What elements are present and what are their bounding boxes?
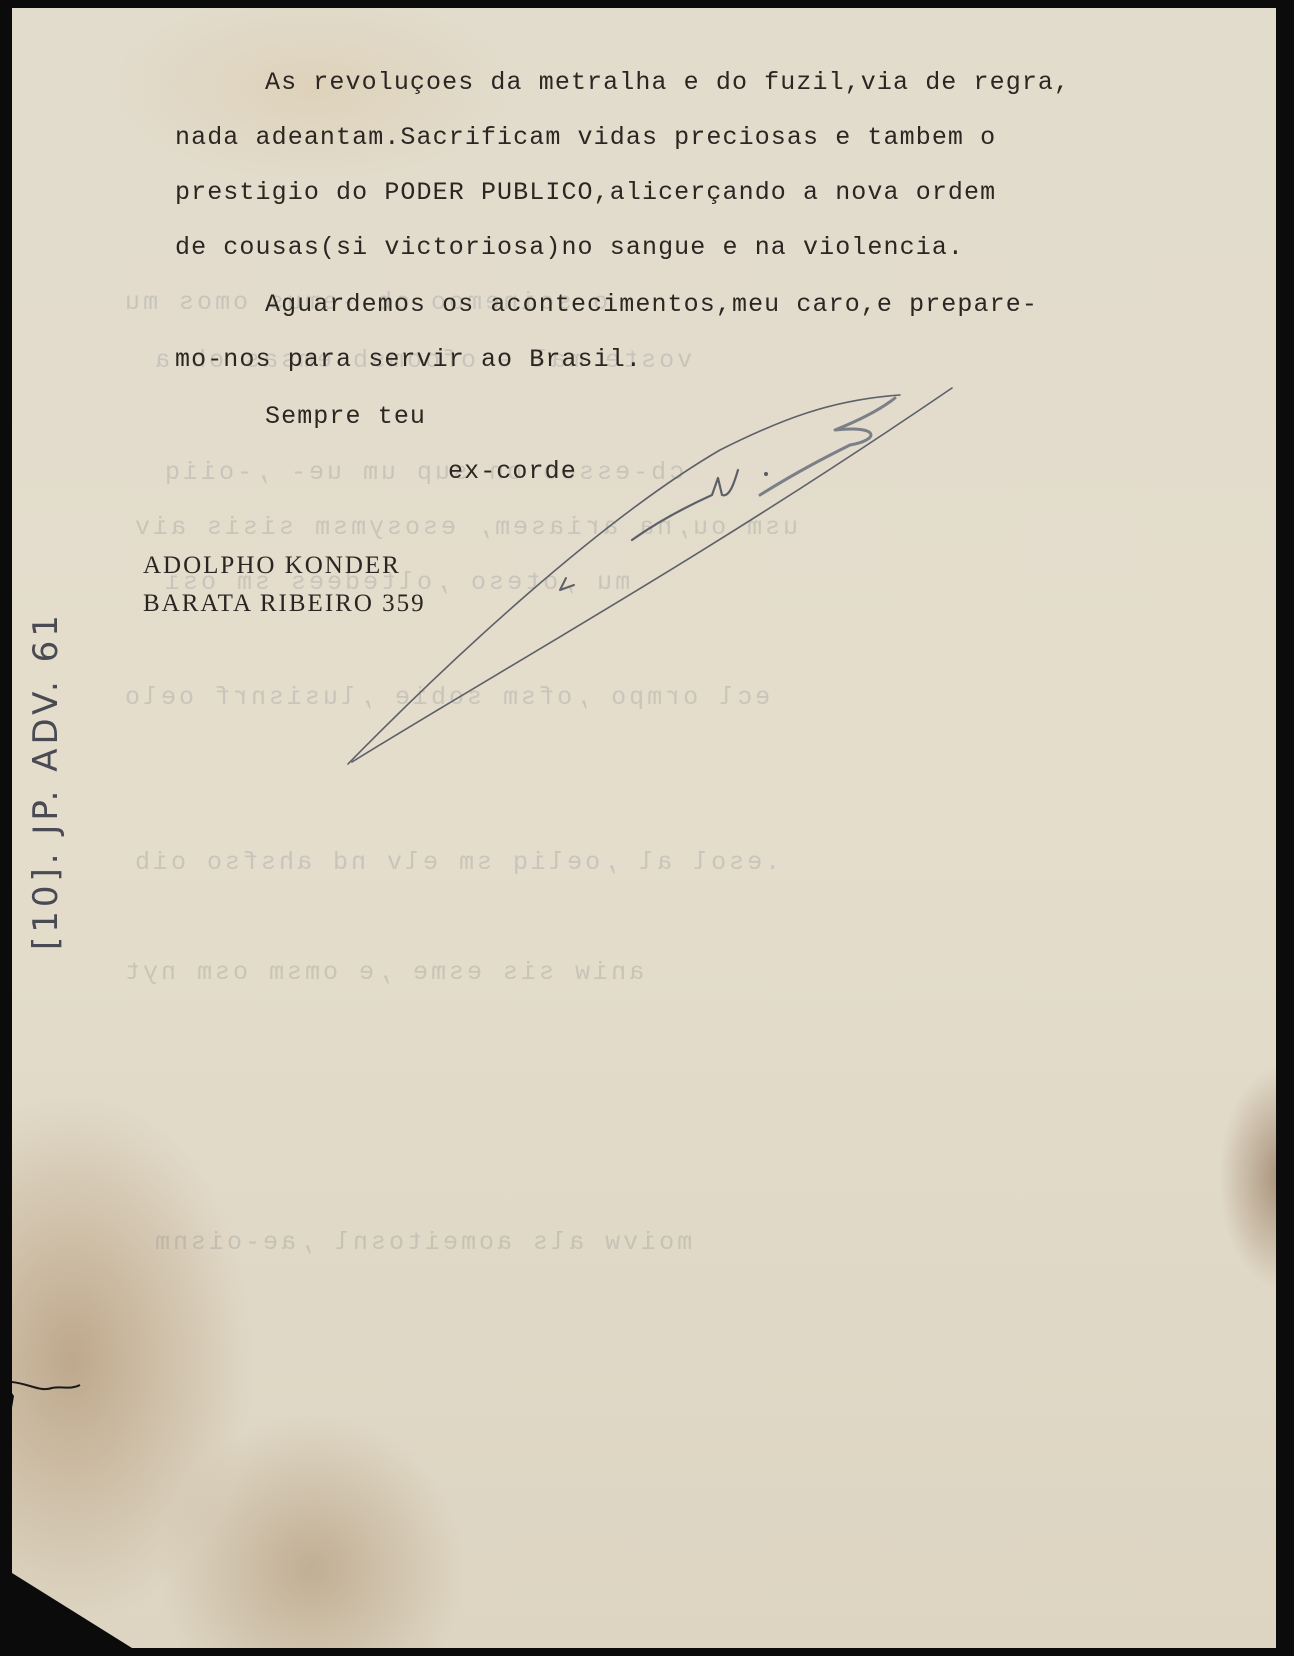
handwritten-signature-icon [0,0,1294,1656]
